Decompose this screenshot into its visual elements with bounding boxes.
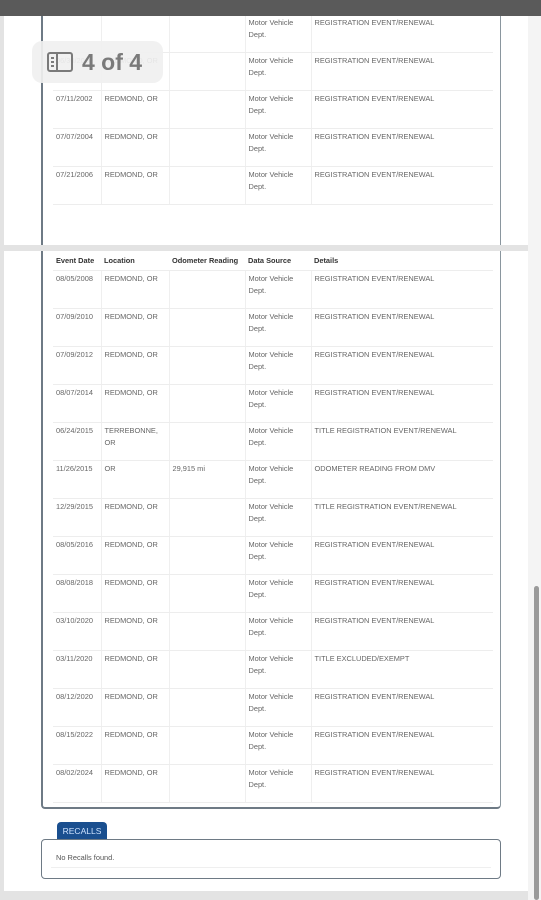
sidebar-panel-icon bbox=[47, 52, 73, 72]
location-cell: REDMOND, OR bbox=[101, 384, 169, 422]
column-header-odometer: Odometer Reading bbox=[169, 253, 245, 270]
event-date-cell: 07/21/2006 bbox=[53, 166, 101, 204]
odometer-cell bbox=[169, 90, 245, 128]
odometer-cell bbox=[169, 536, 245, 574]
table-row: 07/07/2004REDMOND, ORMotor Vehicle Dept.… bbox=[53, 128, 493, 166]
location-cell: OR bbox=[101, 460, 169, 498]
event-date-cell: 07/09/2010 bbox=[53, 308, 101, 346]
location-cell: REDMOND, OR bbox=[101, 536, 169, 574]
data-source-cell: Motor Vehicle Dept. bbox=[245, 422, 311, 460]
location-cell: REDMOND, OR bbox=[101, 574, 169, 612]
document-page-4: Event Date Location Odometer Reading Dat… bbox=[4, 251, 528, 891]
location-cell: REDMOND, OR bbox=[101, 346, 169, 384]
history-table-page1: 06/30/1998REDMOND, ORMotor Vehicle Dept.… bbox=[53, 0, 493, 205]
table-row: 03/11/2020REDMOND, ORMotor Vehicle Dept.… bbox=[53, 650, 493, 688]
recalls-panel: No Recalls found. bbox=[41, 839, 501, 879]
data-source-cell: Motor Vehicle Dept. bbox=[245, 688, 311, 726]
event-date-cell: 07/07/2004 bbox=[53, 128, 101, 166]
recalls-message: No Recalls found. bbox=[51, 848, 491, 868]
data-source-cell: Motor Vehicle Dept. bbox=[245, 346, 311, 384]
details-cell: REGISTRATION EVENT/RENEWAL bbox=[311, 384, 493, 422]
column-header-details: Details bbox=[311, 253, 493, 270]
event-date-cell: 07/09/2012 bbox=[53, 346, 101, 384]
odometer-cell bbox=[169, 688, 245, 726]
data-source-cell: Motor Vehicle Dept. bbox=[245, 166, 311, 204]
details-cell: REGISTRATION EVENT/RENEWAL bbox=[311, 726, 493, 764]
table-row: 07/21/2006REDMOND, ORMotor Vehicle Dept.… bbox=[53, 166, 493, 204]
details-cell: REGISTRATION EVENT/RENEWAL bbox=[311, 764, 493, 802]
event-date-cell: 08/07/2014 bbox=[53, 384, 101, 422]
odometer-cell bbox=[169, 384, 245, 422]
details-cell: TITLE EXCLUDED/EXEMPT bbox=[311, 650, 493, 688]
table-row: 07/11/2002REDMOND, ORMotor Vehicle Dept.… bbox=[53, 90, 493, 128]
odometer-cell bbox=[169, 14, 245, 52]
location-cell: REDMOND, OR bbox=[101, 688, 169, 726]
page-indicator-text: 4 of 4 bbox=[82, 49, 142, 76]
details-cell: REGISTRATION EVENT/RENEWAL bbox=[311, 688, 493, 726]
event-date-cell: 08/15/2022 bbox=[53, 726, 101, 764]
page-indicator[interactable]: 4 of 4 bbox=[32, 41, 163, 83]
event-date-cell: 06/24/2015 bbox=[53, 422, 101, 460]
event-date-cell: 08/12/2020 bbox=[53, 688, 101, 726]
viewer-top-bar bbox=[0, 0, 541, 16]
table-row: 08/07/2014REDMOND, ORMotor Vehicle Dept.… bbox=[53, 384, 493, 422]
odometer-cell bbox=[169, 574, 245, 612]
event-date-cell: 08/02/2024 bbox=[53, 764, 101, 802]
scrollbar-track[interactable] bbox=[528, 0, 541, 900]
details-cell: REGISTRATION EVENT/RENEWAL bbox=[311, 270, 493, 308]
details-cell: REGISTRATION EVENT/RENEWAL bbox=[311, 612, 493, 650]
table-row: 07/09/2010REDMOND, ORMotor Vehicle Dept.… bbox=[53, 308, 493, 346]
data-source-cell: Motor Vehicle Dept. bbox=[245, 384, 311, 422]
odometer-cell bbox=[169, 128, 245, 166]
data-source-cell: Motor Vehicle Dept. bbox=[245, 650, 311, 688]
data-source-cell: Motor Vehicle Dept. bbox=[245, 536, 311, 574]
location-cell: REDMOND, OR bbox=[101, 270, 169, 308]
history-panel-continued: 06/30/1998REDMOND, ORMotor Vehicle Dept.… bbox=[41, 0, 501, 245]
location-cell: REDMOND, OR bbox=[101, 612, 169, 650]
column-header-location: Location bbox=[101, 253, 169, 270]
table-row: 08/02/2024REDMOND, ORMotor Vehicle Dept.… bbox=[53, 764, 493, 802]
odometer-cell bbox=[169, 52, 245, 90]
table-row: 12/29/2015REDMOND, ORMotor Vehicle Dept.… bbox=[53, 498, 493, 536]
details-cell: REGISTRATION EVENT/RENEWAL bbox=[311, 90, 493, 128]
odometer-cell bbox=[169, 308, 245, 346]
data-source-cell: Motor Vehicle Dept. bbox=[245, 460, 311, 498]
table-row: 08/15/2022REDMOND, ORMotor Vehicle Dept.… bbox=[53, 726, 493, 764]
table-row: 07/09/2012REDMOND, ORMotor Vehicle Dept.… bbox=[53, 346, 493, 384]
odometer-cell bbox=[169, 650, 245, 688]
location-cell: REDMOND, OR bbox=[101, 726, 169, 764]
event-date-cell: 08/05/2016 bbox=[53, 536, 101, 574]
details-cell: TITLE REGISTRATION EVENT/RENEWAL bbox=[311, 498, 493, 536]
odometer-cell bbox=[169, 270, 245, 308]
event-date-cell: 08/05/2008 bbox=[53, 270, 101, 308]
event-date-cell: 03/11/2020 bbox=[53, 650, 101, 688]
scrollbar-thumb[interactable] bbox=[534, 586, 539, 900]
location-cell: REDMOND, OR bbox=[101, 166, 169, 204]
details-cell: REGISTRATION EVENT/RENEWAL bbox=[311, 346, 493, 384]
table-row: 08/05/2008REDMOND, ORMotor Vehicle Dept.… bbox=[53, 270, 493, 308]
data-source-cell: Motor Vehicle Dept. bbox=[245, 574, 311, 612]
data-source-cell: Motor Vehicle Dept. bbox=[245, 14, 311, 52]
details-cell: REGISTRATION EVENT/RENEWAL bbox=[311, 166, 493, 204]
data-source-cell: Motor Vehicle Dept. bbox=[245, 726, 311, 764]
table-row: 11/26/2015OR29,915 miMotor Vehicle Dept.… bbox=[53, 460, 493, 498]
details-cell: REGISTRATION EVENT/RENEWAL bbox=[311, 14, 493, 52]
data-source-cell: Motor Vehicle Dept. bbox=[245, 612, 311, 650]
table-row: 03/10/2020REDMOND, ORMotor Vehicle Dept.… bbox=[53, 612, 493, 650]
event-date-cell: 03/10/2020 bbox=[53, 612, 101, 650]
event-date-cell: 12/29/2015 bbox=[53, 498, 101, 536]
data-source-cell: Motor Vehicle Dept. bbox=[245, 764, 311, 802]
location-cell: REDMOND, OR bbox=[101, 90, 169, 128]
table-row: 08/05/2016REDMOND, ORMotor Vehicle Dept.… bbox=[53, 536, 493, 574]
column-header-event-date: Event Date bbox=[53, 253, 101, 270]
data-source-cell: Motor Vehicle Dept. bbox=[245, 308, 311, 346]
odometer-cell: 29,915 mi bbox=[169, 460, 245, 498]
history-panel: Event Date Location Odometer Reading Dat… bbox=[41, 251, 501, 809]
data-source-cell: Motor Vehicle Dept. bbox=[245, 270, 311, 308]
recalls-tab[interactable]: RECALLS bbox=[57, 822, 107, 839]
details-cell: REGISTRATION EVENT/RENEWAL bbox=[311, 308, 493, 346]
data-source-cell: Motor Vehicle Dept. bbox=[245, 128, 311, 166]
odometer-cell bbox=[169, 612, 245, 650]
location-cell: REDMOND, OR bbox=[101, 650, 169, 688]
table-row: 08/08/2018REDMOND, ORMotor Vehicle Dept.… bbox=[53, 574, 493, 612]
odometer-cell bbox=[169, 764, 245, 802]
event-date-cell: 07/11/2002 bbox=[53, 90, 101, 128]
odometer-cell bbox=[169, 422, 245, 460]
event-date-cell: 11/26/2015 bbox=[53, 460, 101, 498]
odometer-cell bbox=[169, 498, 245, 536]
data-source-cell: Motor Vehicle Dept. bbox=[245, 498, 311, 536]
odometer-cell bbox=[169, 726, 245, 764]
location-cell: TERREBONNE, OR bbox=[101, 422, 169, 460]
history-table-page2: Event Date Location Odometer Reading Dat… bbox=[53, 253, 493, 803]
table-row: 08/12/2020REDMOND, ORMotor Vehicle Dept.… bbox=[53, 688, 493, 726]
details-cell: REGISTRATION EVENT/RENEWAL bbox=[311, 128, 493, 166]
table-header-row: Event Date Location Odometer Reading Dat… bbox=[53, 253, 493, 270]
details-cell: TITLE REGISTRATION EVENT/RENEWAL bbox=[311, 422, 493, 460]
column-header-data-source: Data Source bbox=[245, 253, 311, 270]
data-source-cell: Motor Vehicle Dept. bbox=[245, 90, 311, 128]
location-cell: REDMOND, OR bbox=[101, 308, 169, 346]
odometer-cell bbox=[169, 166, 245, 204]
details-cell: ODOMETER READING FROM DMV bbox=[311, 460, 493, 498]
event-date-cell: 08/08/2018 bbox=[53, 574, 101, 612]
details-cell: REGISTRATION EVENT/RENEWAL bbox=[311, 574, 493, 612]
details-cell: REGISTRATION EVENT/RENEWAL bbox=[311, 536, 493, 574]
location-cell: REDMOND, OR bbox=[101, 498, 169, 536]
details-cell: REGISTRATION EVENT/RENEWAL bbox=[311, 52, 493, 90]
location-cell: REDMOND, OR bbox=[101, 128, 169, 166]
odometer-cell bbox=[169, 346, 245, 384]
document-page-3: 06/30/1998REDMOND, ORMotor Vehicle Dept.… bbox=[4, 0, 528, 245]
location-cell: REDMOND, OR bbox=[101, 764, 169, 802]
data-source-cell: Motor Vehicle Dept. bbox=[245, 52, 311, 90]
table-row: 06/24/2015TERREBONNE, ORMotor Vehicle De… bbox=[53, 422, 493, 460]
